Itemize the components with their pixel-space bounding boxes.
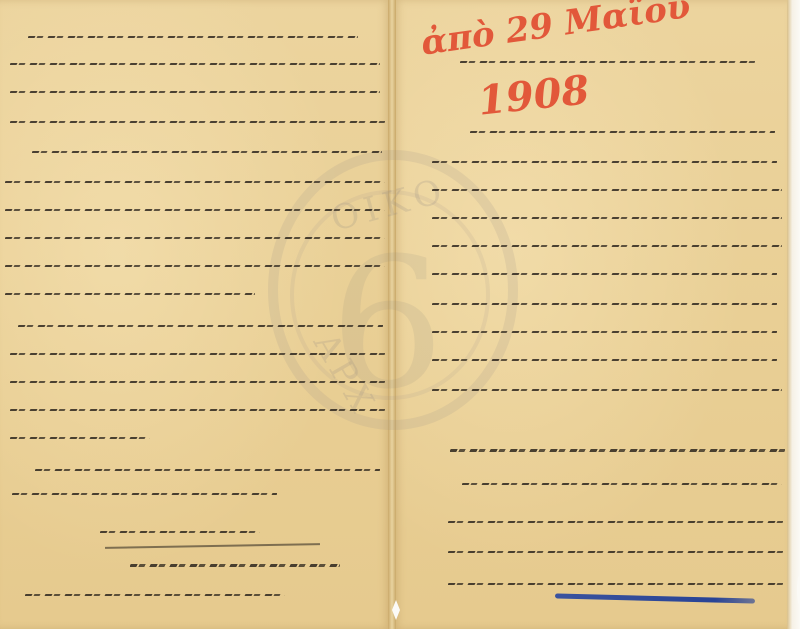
right-line: ... (illegible cursive)	[448, 540, 783, 562]
left-line: ... Γερμανίας.	[10, 426, 150, 448]
right-line: ... (illegible cursive)	[432, 206, 782, 228]
left-line: ... Κυρίου ... (illegible cursive)	[5, 226, 385, 248]
left-line: Πολλὰ ... (illegible cursive)	[35, 458, 380, 480]
right-line: ... (illegible cursive)	[432, 234, 782, 256]
left-line: κ. Σεβασμία μου ἀδελφή, ... (illegible)	[28, 25, 358, 47]
salutation: Σεβαστὴ μου Κυρία Λαμπαδάριου,	[460, 50, 755, 72]
right-line: Ἐν ... (illegible cursive)	[470, 120, 775, 142]
left-line: Ὁ κ. Βαγγέλης ... (illegible cursive)	[18, 314, 383, 336]
right-line: ... (illegible cursive)	[448, 572, 783, 594]
left-line: ... (illegible cursive)	[5, 170, 385, 192]
scanned-letter: ΟΙΚΟ ΑΡΧ 6 κ. Σεβασμία μου ἀδελφή, ... (…	[0, 0, 800, 629]
dateline: Ἐν Ἑρμουπόλει τῇ 11 Μαΐου 1908.	[25, 583, 285, 605]
left-line: ... (illegible cursive)	[12, 482, 277, 504]
left-line: ... Χρόνια ... (illegible cursive)	[10, 370, 385, 392]
right-line: ... Ἀθηνα... (illegible cursive)	[432, 262, 777, 284]
left-line: ... (illegible cursive)	[10, 52, 380, 74]
right-line: ... (illegible cursive)	[432, 378, 782, 400]
right-line: ... (illegible cursive)	[432, 292, 777, 314]
right-line: ... (illegible cursive)	[432, 348, 777, 370]
paper-edge	[787, 0, 800, 629]
left-line: Γιὰ τὴν ... (illegible cursive)	[32, 140, 382, 162]
right-line: ... (illegible cursive)	[432, 178, 782, 200]
left-line: ... Κυρία Α. Παπα... (illegible)	[5, 254, 385, 276]
right-line: ... (illegible cursive)	[448, 510, 783, 532]
right-line: Ἀλλ' ... (illegible cursive),	[462, 472, 782, 494]
right-line: ... (illegible cursive) ... 22	[432, 150, 777, 172]
left-line: ... (illegible cursive)	[5, 198, 385, 220]
right-line: Δεσφί ... (illegible cursive) !!!	[450, 438, 785, 464]
left-line: ... (illegible cursive)	[5, 282, 255, 304]
left-line: ... (illegible cursive)	[10, 110, 385, 132]
left-line: ... (illegible cursive)	[10, 398, 385, 420]
signature: ἀδελφὸς Π. Ν. Βαγγέλης	[130, 553, 340, 579]
right-line: ... (illegible cursive)	[432, 320, 777, 342]
closing-text: Ἀσπάζομαι	[100, 520, 260, 542]
left-line: ... (illegible cursive)	[10, 80, 380, 102]
left-line: ... (illegible cursive)	[10, 342, 385, 364]
